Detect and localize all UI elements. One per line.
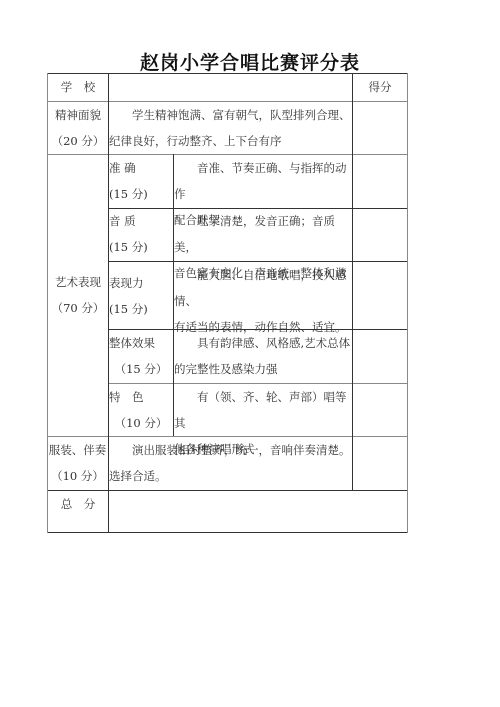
school-label: 学 校 xyxy=(48,74,108,100)
criteria-text: 选择合适。 xyxy=(109,463,352,489)
school-name-field[interactable] xyxy=(109,74,352,101)
subcategory-label: 准 确 xyxy=(109,155,173,181)
score-cell-overall[interactable] xyxy=(353,330,407,383)
criteria-text: 具有韵律感、风格感,艺术总体 xyxy=(174,330,352,356)
total-score-field[interactable] xyxy=(109,491,407,532)
category-points: （70 分） xyxy=(48,295,108,321)
criteria-text: 音准、节奏正确、与指挥的动作 xyxy=(174,155,352,207)
criteria-text: 学生精神饱满、富有朝气，队型排列合理、 xyxy=(109,102,352,128)
category-points: （10 分） xyxy=(47,463,108,489)
table-border-bottom xyxy=(47,532,408,533)
subcategory-overall: 整体效果 （15 分） xyxy=(109,330,173,382)
criteria-overall: 具有韵律感、风格感,艺术总体 的完整性及感染力强 xyxy=(174,330,352,382)
subcategory-label: 整体效果 xyxy=(109,330,173,356)
criteria-text: 纪律良好，行动整齐、上下台有序 xyxy=(109,128,352,154)
table-border-right xyxy=(407,73,408,533)
subcategory-points: (15 分) xyxy=(109,181,173,207)
category-label: 艺术表现 xyxy=(48,269,108,295)
criteria-text: 的完整性及感染力强 xyxy=(174,356,352,382)
category-spirit: 精神面貌 （20 分） xyxy=(48,102,108,154)
score-header: 得分 xyxy=(353,74,407,100)
subcategory-tone: 音 质 (15 分) xyxy=(109,208,173,260)
category-costume: 服装、伴奏 （10 分） xyxy=(47,437,108,489)
score-cell-tone[interactable] xyxy=(353,209,407,261)
criteria-text: 吐字清楚，发音正确；音质美， xyxy=(174,208,352,260)
subcategory-points: （15 分） xyxy=(109,356,173,382)
subcategory-feature: 特 色 （10 分） xyxy=(109,384,173,436)
page-title: 赵岗小学合唱比赛评分表 xyxy=(0,48,500,75)
score-cell-feature[interactable] xyxy=(353,384,407,436)
category-label: 服装、伴奏 xyxy=(47,437,108,463)
score-cell-expression[interactable] xyxy=(353,262,407,329)
criteria-text: 有（领、齐、轮、声部）唱等其 xyxy=(174,384,352,436)
criteria-text: 演出服装相对整齐，统一，音响伴奏清楚。 xyxy=(109,437,352,463)
subcategory-label: 特 色 xyxy=(109,384,173,410)
category-label: 精神面貌 xyxy=(48,102,108,128)
category-points: （20 分） xyxy=(48,128,108,154)
criteria-expression: 能大胆、自信地歌唱，投入感情、 有适当的表情，动作自然、适宜。 xyxy=(174,262,352,340)
criteria-text: 能大胆、自信地歌唱，投入感情、 xyxy=(174,262,352,314)
subcategory-points: （10 分） xyxy=(109,410,173,436)
subcategory-points: (15 分) xyxy=(109,234,173,260)
score-cell-spirit[interactable] xyxy=(353,102,407,154)
score-cell-accuracy[interactable] xyxy=(353,155,407,208)
criteria-spirit: 学生精神饱满、富有朝气，队型排列合理、 纪律良好，行动整齐、上下台有序 xyxy=(109,102,352,154)
subcategory-label: 音 质 xyxy=(109,208,173,234)
category-art: 艺术表现 （70 分） xyxy=(48,269,108,321)
score-cell-costume[interactable] xyxy=(353,437,407,490)
subcategory-points: (15 分) xyxy=(109,296,173,322)
subcategory-expression: 表现力 (15 分) xyxy=(109,270,173,322)
subcategory-accuracy: 准 确 (15 分) xyxy=(109,155,173,207)
total-label: 总 分 xyxy=(48,491,108,517)
subcategory-label: 表现力 xyxy=(109,270,173,296)
criteria-costume: 演出服装相对整齐，统一，音响伴奏清楚。 选择合适。 xyxy=(109,437,352,489)
